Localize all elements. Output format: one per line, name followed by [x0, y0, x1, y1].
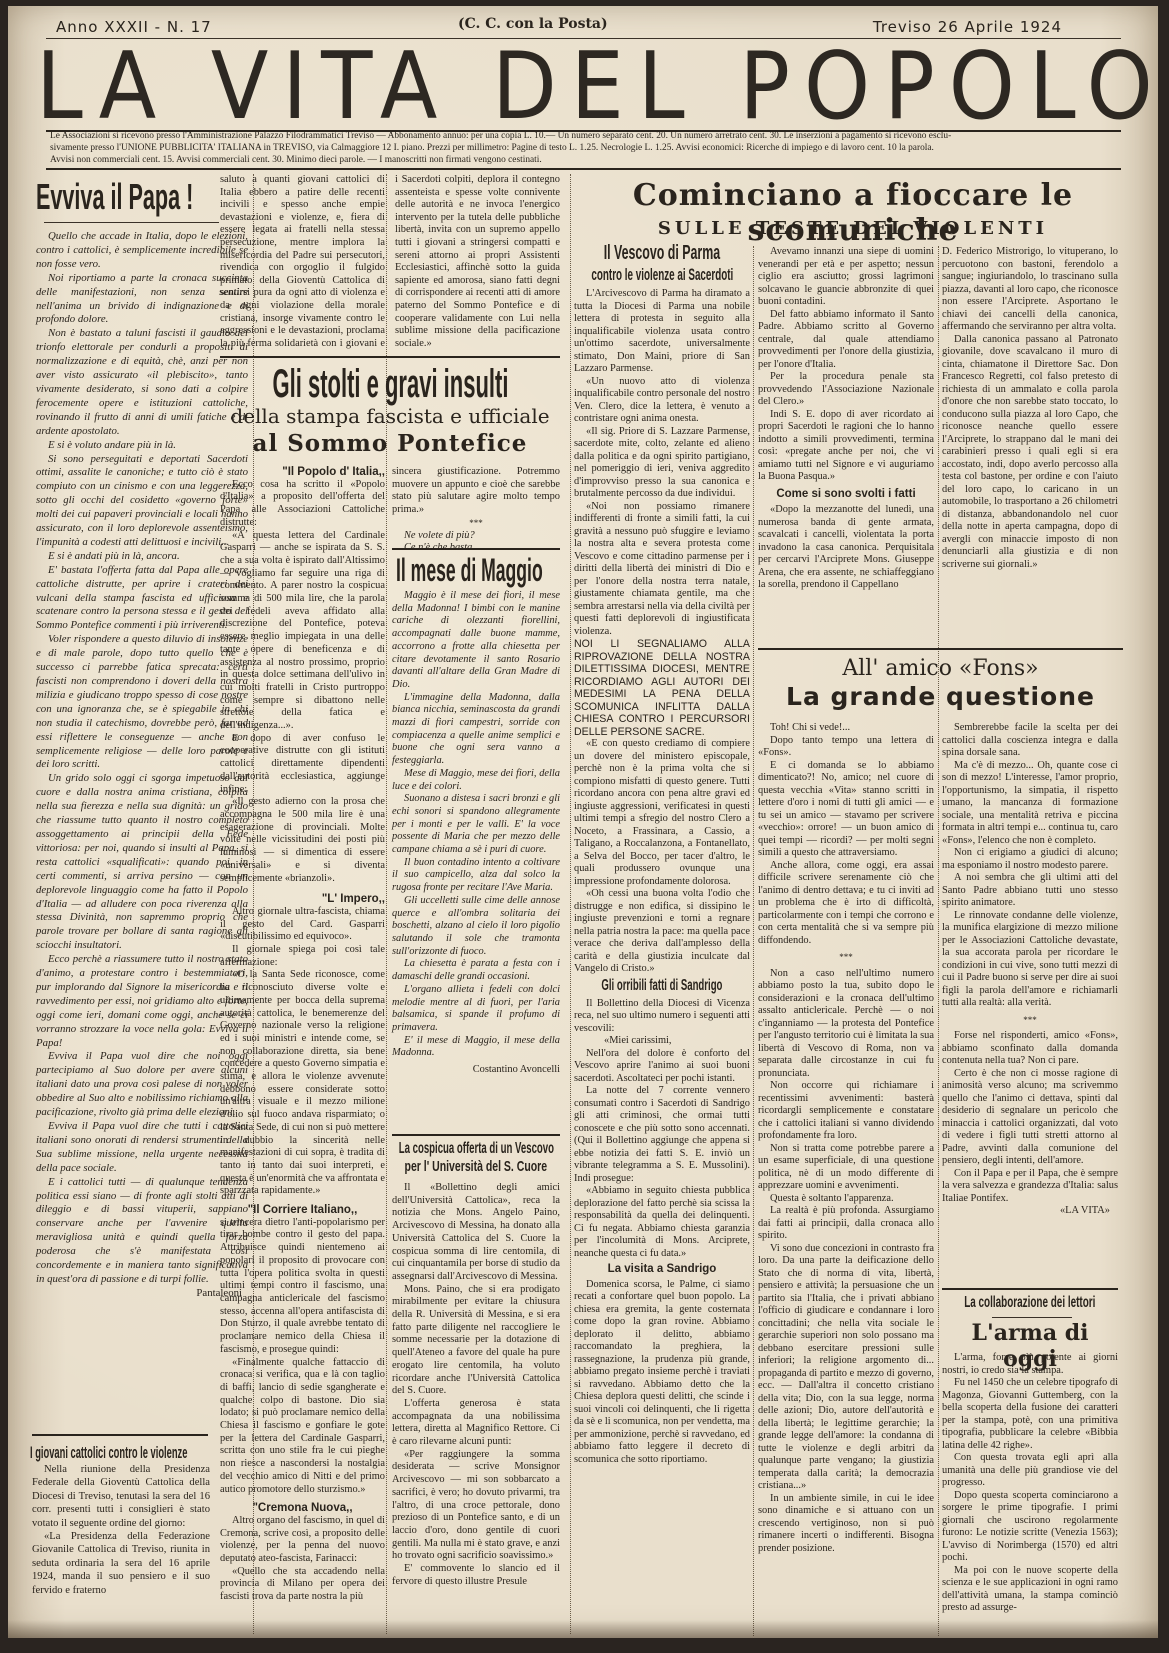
paragraph: Anche allora, come oggi, era assai diffi…	[758, 860, 934, 948]
offerta-headline: La cospicua offerta di un Vescovo	[398, 1140, 553, 1158]
info-line: Le Associazioni si ricevono presso l'Amm…	[50, 130, 1118, 142]
paragraph: Il «Bollettino degli amici dell'Universi…	[392, 1182, 560, 1284]
paragraph: «Il sig. Priore di S. Lazzare Parmense, …	[574, 426, 750, 501]
paragraph: E' il mese di Maggio, il mese della Mado…	[392, 1035, 560, 1060]
paragraph: Mese di Maggio, mese dei fiori, della lu…	[392, 768, 560, 793]
arma-kicker-box: La collaborazione dei lettori	[942, 1294, 1118, 1314]
paragraph: Del fatto abbiamo informato il Santo Pad…	[758, 309, 934, 372]
paragraph: Altro organo del fascismo, in quel di Cr…	[220, 1515, 385, 1566]
offerta-headline-box: La cospicua offerta di un Vescovo per l'…	[392, 1140, 560, 1176]
paragraph: Gli uccelletti sulle cime delle annose q…	[392, 895, 560, 959]
scomuniche-col3: D. Federico Mistrorigo, lo vituperano, l…	[942, 246, 1118, 571]
paragraph: Certo è che non ci mosse ragione di anim…	[942, 1068, 1118, 1168]
subscription-info: Le Associazioni si ricevono presso l'Amm…	[50, 130, 1118, 166]
fons-col2: Sembrerebbe facile la scelta per dei cat…	[942, 722, 1118, 1218]
paragraph: Con il Papa e per il Papa, che è sempre …	[942, 1168, 1118, 1206]
stolti-headline: Gli stolti e gravi insulti	[272, 362, 508, 407]
paragraph: Il buon contadino intento a coltivare il…	[392, 857, 560, 895]
paragraph: Quello che accade in Italia, dopo le ele…	[36, 230, 248, 272]
paragraph: Dopo tanto tempo una lettera di «Fons».	[758, 735, 934, 760]
paragraph: Per la procedura penale sta provvedendo …	[758, 371, 934, 409]
paragraph: Suonano a distesa i sacri bronzi e gli e…	[392, 793, 560, 857]
giovani-headline: I giovani cattolici contro le violenze	[30, 1443, 151, 1463]
giovani-headline-box: I giovani cattolici contro le violenze	[30, 1443, 250, 1461]
section-rule	[220, 356, 560, 358]
fons-signature: «LA VITA»	[942, 1205, 1118, 1218]
info-line: Avvisi non commerciali cent. 15. Avvisi …	[50, 154, 1118, 166]
stolti-subhead-cremona: "Cremona Nuova,,	[220, 1502, 385, 1515]
section-stars: ***	[392, 517, 560, 530]
paragraph: Ecco perchè a riassumere tutto il nostro…	[36, 953, 248, 1050]
maggio-body: Maggio è il mese dei fiori, il mese dell…	[392, 590, 560, 1077]
paragraph: La realtà è più profonda. Assurgiamo dai…	[758, 1205, 934, 1243]
giovani-body: Nella riunione della Presidenza Federale…	[32, 1463, 210, 1597]
section-rule	[942, 1288, 1118, 1290]
paragraph: E' commovente lo slancio ed il fervore d…	[392, 1563, 560, 1588]
stolti-headline-2: della stampa fascista e ufficiale	[220, 404, 560, 428]
paragraph: Non a caso nell'ultimo numero abbiamo po…	[758, 968, 934, 1081]
paragraph: Domenica scorsa, le Palme, ci siamo reca…	[574, 1279, 750, 1467]
paragraph: E si è andati più in là, ancora.	[36, 550, 248, 564]
paragraph: «Un nuovo atto di violenza inqualificabi…	[574, 376, 750, 426]
section-rule	[392, 548, 560, 550]
paragraph: «Finalmente qualche fattaccio di cronaca…	[220, 1357, 385, 1497]
headline-rule	[44, 222, 219, 223]
paragraph: Sembrerebbe facile la scelta per dei cat…	[942, 722, 1118, 760]
paragraph: Toh! Chi si vede!...	[758, 722, 934, 735]
newspaper-page: Anno XXXII - N. 17 (C. C. con la Posta) …	[8, 6, 1158, 1638]
paragraph: L'offerta generosa è stata accompagnata …	[392, 1398, 560, 1449]
paragraph: «Miei carissimi,	[574, 1035, 750, 1048]
evviva-body: Quello che accade in Italia, dopo le ele…	[36, 230, 248, 1301]
maggio-signature: Costantino Avoncelli	[392, 1064, 560, 1077]
page-edge	[8, 1620, 1158, 1638]
stolti-headline-3: al Sommo Pontefice	[220, 430, 560, 457]
stolti-headline-box: Gli stolti e gravi insulti	[220, 362, 560, 404]
evviva-headline: Evviva il Papa !	[36, 176, 163, 218]
paragraph: Forse nel risponderti, amico «Fons», abb…	[942, 1030, 1118, 1068]
paragraph: Dopo questa scoperta cominciarono a sorg…	[942, 1490, 1118, 1565]
scomuniche-subheadline: SULLE TESTE DEI VIOLENTI	[568, 218, 1138, 239]
paragraph: L'arma, forse più potente ai giorni nost…	[942, 1352, 1118, 1377]
paragraph: «Dopo la mezzanotte del lunedì, una nume…	[758, 504, 934, 592]
arma-body: L'arma, forse più potente ai giorni nost…	[942, 1352, 1118, 1615]
paragraph: «A questa lettera del Cardinale Gasparri…	[220, 530, 385, 733]
paragraph: Si sono perseguitati e deportati Sacerdo…	[36, 453, 248, 550]
stolti-subhead-popolo: "Il Popolo d' Italia,,	[220, 466, 385, 479]
section-rule	[758, 648, 1123, 650]
paragraph: «O la Santa Sede riconosce, come ha rico…	[220, 969, 385, 1198]
paragraph: L'immagine della Madonna, dalla bianca n…	[392, 692, 560, 768]
paragraph: Ma c'è di mezzo... Oh, quante cose ci so…	[942, 760, 1118, 848]
paragraph: Le rinnovate condanne delle violenze, la…	[942, 910, 1118, 1010]
paragraph: Voler rispondere a questo diluvio di ins…	[36, 633, 248, 772]
paragraph: Altro giornale ultra-fascista, chiama il…	[220, 906, 385, 944]
paragraph: «Il gesto adierno con la prosa che accom…	[220, 796, 385, 885]
paragraph: sincera giustificazione. Potremmo muover…	[392, 466, 560, 517]
paragraph: Avevamo innanzi una siepe di uomini vene…	[758, 246, 934, 309]
paragraph: «Oh cessi una buona volta l'odio che dis…	[574, 888, 750, 976]
paragraph: «La Presidenza della Federazione Giovani…	[32, 1530, 210, 1597]
fons-headline: All' amico «Fons»	[758, 656, 1123, 681]
stolti-body-col1: "Il Popolo d' Italia,, Ecco cosa ha scri…	[220, 466, 385, 1604]
paragraph: Il Bollettino della Diocesi di Vicenza r…	[574, 998, 750, 1036]
paragraph: A noi sembra che gli ultimi atti del San…	[942, 872, 1118, 910]
paragraph: Ma poi con le nuove scoperte della scien…	[942, 1565, 1118, 1615]
paragraph: Evviva il Papa vuol dire che tutti i cat…	[36, 1120, 248, 1176]
excommunication-notice: NOI LI SEGNALIAMO ALLA RIPROVAZIONE DELL…	[574, 638, 750, 738]
paragraph: Non occorre qui richiamare i recentissim…	[758, 1080, 934, 1143]
paragraph: Noi riportiamo a parte la cronaca succin…	[36, 272, 248, 328]
visita-headline: La visita a Sandrigo	[574, 1263, 750, 1276]
paragraph: «E con questo crediamo di compiere un do…	[574, 738, 750, 888]
paragraph: Nell'ora del dolore è conforto del Vesco…	[574, 1048, 750, 1086]
paragraph: E ci domanda se lo abbiamo dimenticato?!…	[758, 760, 934, 860]
giovani-continuation: saluto a quanti giovani cattolici di Ita…	[220, 174, 560, 352]
paragraph: Non ci erigiamo a giudici di alcuno; ma …	[942, 847, 1118, 872]
paragraph: Maggio è il mese dei fiori, il mese dell…	[392, 590, 560, 692]
parma-body: L'Arcivescovo di Parma ha diramato a tut…	[574, 288, 750, 1466]
maggio-headline-box: Il mese di Maggio	[396, 552, 566, 584]
paragraph: Nella riunione della Presidenza Federale…	[32, 1463, 210, 1530]
section-rule	[392, 1134, 560, 1136]
paragraph: Il giornale spiega poi così tale afferma…	[220, 944, 385, 969]
paragraph: L'organo allieta i fedeli con dolci melo…	[392, 984, 560, 1035]
paragraph: Vi sono due concezioni in contrasto fra …	[758, 1243, 934, 1493]
sandrigo-headline-box: Gli orribili fatti di Sandrigo	[574, 980, 750, 998]
offerta-headline-2: per l' Università del S. Cuore	[405, 1158, 548, 1175]
paragraph: La chiesetta è parata a festa con i dama…	[392, 958, 560, 983]
section-rule	[32, 1434, 208, 1436]
paragraph: E' bastata l'offerta fatta dal Papa alle…	[36, 564, 248, 634]
stolti-body-col2: sincera giustificazione. Potremmo muover…	[392, 466, 560, 555]
column-divider	[753, 246, 754, 1636]
paragraph: «Per raggiungere la somma desiderata — s…	[392, 1449, 560, 1563]
paragraph: «Abbiamo in seguito chiesta pubblica dep…	[574, 1185, 750, 1260]
paragraph: In un ambiente simile, in cui le idee so…	[758, 1493, 934, 1556]
paragraph: si trincera dietro l'anti-popolarismo pe…	[220, 1217, 385, 1357]
evviva-headline-box: Evviva il Papa !	[36, 176, 248, 212]
fatti-headline: Come si sono svolti i fatti	[758, 488, 934, 501]
section-stars: ***	[942, 1014, 1118, 1027]
fons-headline-2: La grande questione	[758, 682, 1123, 711]
sandrigo-headline: Gli orribili fatti di Sandrigo	[601, 980, 722, 993]
postal-note: (C. C. con la Posta)	[458, 16, 608, 32]
parma-headline-2: contro le violenze ai Sacerdoti	[591, 265, 733, 285]
scomuniche-col2: Avevamo innanzi una siepe di uomini vene…	[758, 246, 934, 592]
closing-line: Ne volete di più?	[392, 530, 560, 543]
paragraph: Un grido solo oggi ci sgorga impetuoso d…	[36, 772, 248, 953]
newspaper-title: LA VITA DEL POPOLO	[36, 40, 1158, 132]
parma-headline: Il Vescovo di Parma	[604, 242, 720, 265]
paragraph: Indi S. E. dopo di aver ricordato ai pro…	[758, 409, 934, 484]
column-divider	[570, 174, 571, 1634]
maggio-headline: Il mese di Maggio	[396, 552, 490, 589]
info-rule	[46, 168, 1121, 170]
paragraph: D. Federico Mistrorigo, lo vituperano, l…	[942, 246, 1118, 334]
column-divider	[938, 246, 939, 1636]
paragraph: «Noi non possiamo rimanere indifferenti …	[574, 501, 750, 639]
paragraph: Ecco cosa ha scritto il «Popolo d'Italia…	[220, 479, 385, 530]
section-stars: ***	[758, 951, 934, 964]
paragraph: L'Arcivescovo di Parma ha diramato a tut…	[574, 288, 750, 376]
parma-headline-box: Il Vescovo di Parma contro le violenze a…	[574, 242, 750, 286]
fons-col1: Toh! Chi si vede!... Dopo tanto tempo un…	[758, 722, 934, 1555]
paragraph: Con questa trovata egli aprì alla umanit…	[942, 1452, 1118, 1490]
kicker-rule	[992, 1317, 1072, 1318]
paragraph: E si è voluto andare più in là.	[36, 439, 248, 453]
paragraph: Fu nel 1450 che un celebre tipografo di …	[942, 1377, 1118, 1452]
paragraph: Non è bastato a taluni fascisti il gaudi…	[36, 327, 248, 438]
paragraph: Mons. Paino, che si era prodigato mirabi…	[392, 1284, 560, 1398]
paragraph: Evviva il Papa vuol dire che noi oggi pa…	[36, 1050, 248, 1120]
paragraph: E dopo di aver confuso le cooperative di…	[220, 733, 385, 797]
stolti-subhead-corriere: "Il Corriere Italiano,,	[220, 1204, 385, 1217]
evviva-signature: Pantaleoni	[36, 1287, 248, 1301]
paragraph: E i cattolici tutti — di qualunque tende…	[36, 1176, 248, 1287]
info-line: sivamente presso l'UNIONE PUBBLICITA' IT…	[50, 142, 1118, 154]
offerta-body: Il «Bollettino degli amici dell'Universi…	[392, 1182, 560, 1589]
paragraph: «Quello che sta accadendo nella provinci…	[220, 1566, 385, 1604]
stolti-subhead-impero: "L' Impero,,	[220, 893, 385, 906]
arma-kicker: La collaborazione dei lettori	[964, 1294, 1095, 1312]
paragraph: Dalla canonica passano al Patronato giov…	[942, 334, 1118, 572]
paragraph: Non si tratta come potrebbe parere a un …	[758, 1143, 934, 1193]
paragraph: saluto a quanti giovani cattolici di Ita…	[220, 174, 560, 350]
paragraph: La notte del 7 corrente vennero consumat…	[574, 1085, 750, 1185]
paragraph: Questa è soltanto l'apparenza.	[758, 1193, 934, 1206]
